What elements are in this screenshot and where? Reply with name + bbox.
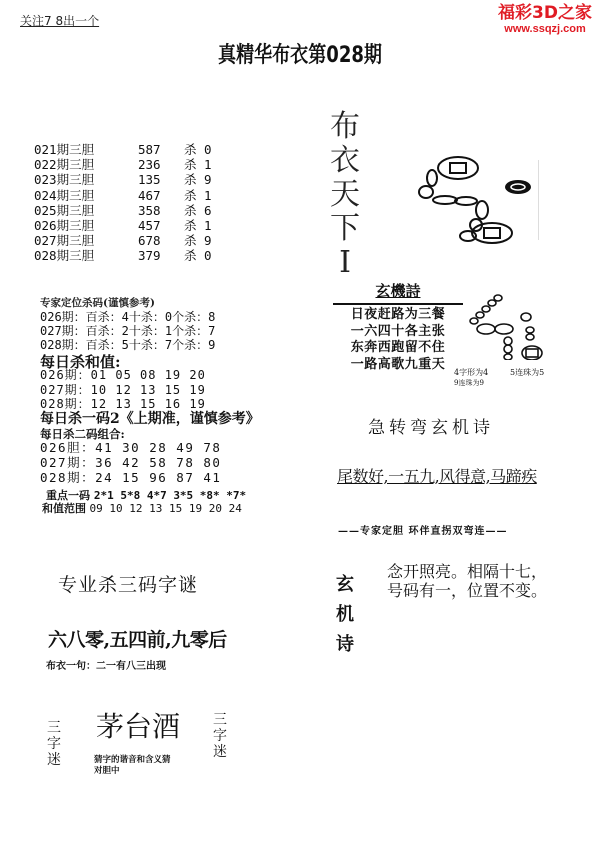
coin-shapes-illustration <box>460 285 550 360</box>
list-item: 027期：10 12 13 15 19 <box>40 383 206 398</box>
period-kill: 杀 1 <box>184 157 212 172</box>
list-item: 028期：百杀：5十杀：7个杀：9 <box>40 338 215 352</box>
poem-line: 号码有一，位置不变。 <box>387 581 547 600</box>
xuanji-vertical: 玄 机 诗 <box>336 570 354 660</box>
riddle-note: 猜字的谐音和含义猜对胆中 <box>94 755 174 777</box>
vertical-char: 下 <box>330 212 360 246</box>
brand-url[interactable]: www.ssqzj.com <box>498 23 592 35</box>
vertical-char: 三 <box>46 720 62 736</box>
vertical-char: 诗 <box>336 630 354 660</box>
vertical-char: I <box>330 246 360 280</box>
left-vertical-label: 三 字 迷 <box>46 720 62 768</box>
period-kill: 杀 0 <box>184 142 212 157</box>
sum-range-values: 09 10 12 13 15 19 20 24 <box>90 502 242 515</box>
period-kill: 杀 6 <box>184 203 212 218</box>
table-row: 024期三胆467杀 1 <box>34 188 212 203</box>
right-vertical-label: 三 字 迷 <box>212 712 228 760</box>
vertical-char: 天 <box>330 178 360 212</box>
coin-chain-illustration <box>410 145 540 245</box>
vertical-char: 机 <box>336 600 354 630</box>
period-digits: 467 <box>138 188 184 203</box>
vertical-char: 字 <box>212 728 228 744</box>
coin-caption-5: 5连珠为5 <box>510 367 544 378</box>
expert-banner: ——专家定胆 环伴直拐双弯连—— <box>338 522 507 537</box>
vertical-title: 布 衣 天 下 I <box>330 110 360 280</box>
page-title: 真精华布衣第028期 <box>54 38 546 69</box>
sharp-turn-line: 尾数好,一五九,风得意,马蹄疾 <box>337 464 537 487</box>
table-row: 028期三胆379杀 0 <box>34 248 212 263</box>
poem-line: 念开照亮。相隔十七， <box>387 562 547 581</box>
period-label: 025期三胆 <box>34 203 138 218</box>
list-item: 026胆：41 30 28 49 78 <box>40 440 221 455</box>
riddle-line: 六八零,五四前,九零后 <box>48 625 227 652</box>
vertical-char: 迷 <box>46 752 62 768</box>
period-digits: 587 <box>138 142 184 157</box>
riddle-answer: 茅台酒 <box>96 705 180 745</box>
table-row: 021期三胆587杀 0 <box>34 142 212 157</box>
table-row: 026期三胆457杀 1 <box>34 218 212 233</box>
period-label: 027期三胆 <box>34 233 138 248</box>
expert-position-heading: 专家定位杀码(谨慎参考) <box>40 295 155 310</box>
list-item: 027期：36 42 58 78 80 <box>40 455 221 470</box>
period-digits: 379 <box>138 248 184 263</box>
daily-sum-kill-list: 026期：01 05 08 19 20 027期：10 12 13 15 19 … <box>40 368 206 412</box>
period-label: 021期三胆 <box>34 142 138 157</box>
period-label: 026期三胆 <box>34 218 138 233</box>
list-item: 026期：01 05 08 19 20 <box>40 368 206 383</box>
period-kill: 杀 0 <box>184 248 212 263</box>
period-kill: 杀 9 <box>184 172 212 187</box>
daily-kill-two-list: 026胆：41 30 28 49 78 027期：36 42 58 78 80 … <box>40 440 221 485</box>
period-label: 022期三胆 <box>34 157 138 172</box>
coin-caption-9: 9连珠为9 <box>454 378 484 388</box>
poem-line: 东奔西跑留不住 <box>333 340 463 357</box>
xuanji-poem: 念开照亮。相隔十七， 号码有一，位置不变。 <box>387 562 547 600</box>
table-row: 027期三胆678杀 9 <box>34 233 212 248</box>
period-kill: 杀 1 <box>184 218 212 233</box>
buyi-sentence: 布衣一句：二一有八三出现 <box>46 657 166 672</box>
expert-position-list: 026期：百杀：4十杀：0个杀：8 027期：百杀：2十杀：1个杀：7 028期… <box>40 310 215 352</box>
period-kill: 杀 9 <box>184 233 212 248</box>
period-label: 024期三胆 <box>34 188 138 203</box>
period-label: 028期三胆 <box>34 248 138 263</box>
vertical-char: 迷 <box>212 744 228 760</box>
vertical-char: 玄 <box>336 570 354 600</box>
period-digits: 678 <box>138 233 184 248</box>
top-note: 关注7 8出一个 <box>20 12 99 29</box>
period-digits: 457 <box>138 218 184 233</box>
vertical-char: 三 <box>212 712 228 728</box>
brand-name: 福彩3D之家 <box>498 3 592 23</box>
sum-range-label: 和值范围 <box>42 502 86 515</box>
mystery-poem: 玄機詩 日夜赶路为三餐 一六四十各主张 东奔西跑留不住 一路高歌九重天 <box>333 280 463 373</box>
list-item: 026期：百杀：4十杀：0个杀：8 <box>40 310 215 324</box>
period-kill: 杀 1 <box>184 188 212 203</box>
poem-line: 一路高歌九重天 <box>333 357 463 374</box>
list-item: 028期：24 15 96 87 41 <box>40 470 221 485</box>
period-digits: 135 <box>138 172 184 187</box>
list-item: 027期：百杀：2十杀：1个杀：7 <box>40 324 215 338</box>
vertical-char: 衣 <box>330 144 360 178</box>
period-picks-table: 021期三胆587杀 0 022期三胆236杀 1 023期三胆135杀 9 0… <box>34 142 212 264</box>
brand-logo[interactable]: 福彩3D之家 www.ssqzj.com <box>498 3 592 35</box>
divider <box>538 160 539 240</box>
vertical-char: 字 <box>46 736 62 752</box>
table-row: 025期三胆358杀 6 <box>34 203 212 218</box>
daily-kill-one: 每日杀一码2《上期准，谨慎参考》 <box>40 408 260 428</box>
table-row: 023期三胆135杀 9 <box>34 172 212 187</box>
sharp-turn-title: 急转弯玄机诗 <box>368 413 494 438</box>
period-digits: 358 <box>138 203 184 218</box>
sum-range: 和值范围 09 10 12 13 15 19 20 24 <box>42 500 242 516</box>
coin-caption-4: 4字形为4 <box>454 367 488 378</box>
poem-line: 一六四十各主张 <box>333 324 463 341</box>
vertical-char: 布 <box>330 110 360 144</box>
poem-line: 日夜赶路为三餐 <box>333 307 463 324</box>
table-row: 022期三胆236杀 1 <box>34 157 212 172</box>
divider <box>333 303 463 305</box>
riddle-heading: 专业杀三码字谜 <box>58 570 198 597</box>
period-label: 023期三胆 <box>34 172 138 187</box>
period-digits: 236 <box>138 157 184 172</box>
poem-title: 玄機詩 <box>333 280 463 301</box>
